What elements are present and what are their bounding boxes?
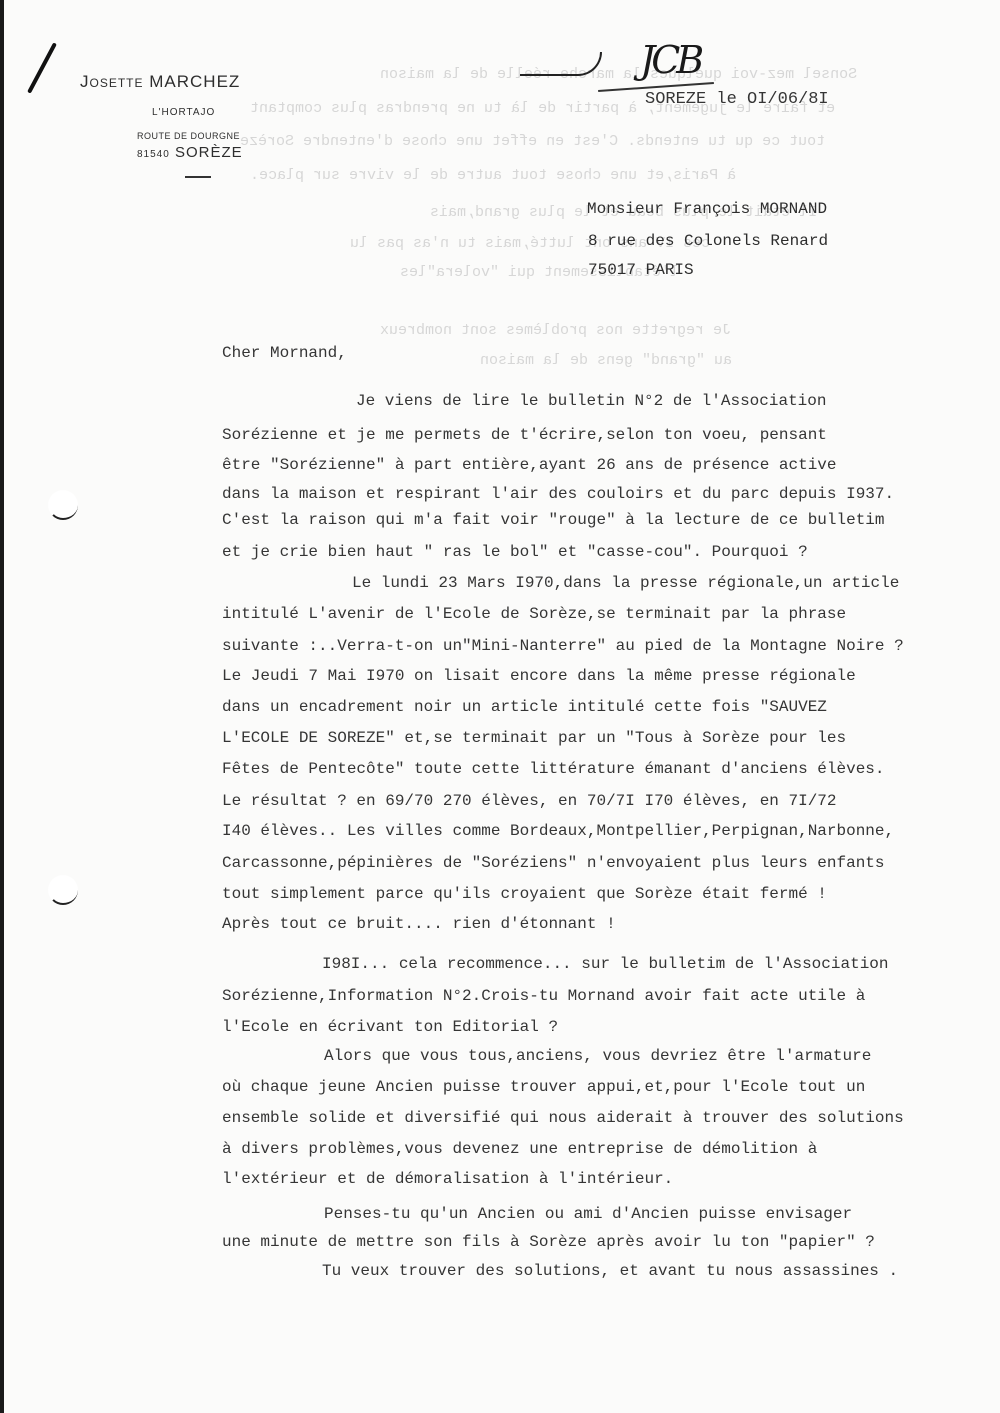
letter-body-line: une minute de mettre son fils à Sorèze a… <box>222 1233 875 1251</box>
letter-body-line: Sorézienne et je me permets de t'écrire,… <box>222 426 827 444</box>
letter-body-line: Tu veux trouver des solutions, et avant … <box>322 1262 898 1280</box>
letter-body-line: tout simplement parce qu'ils croyaient q… <box>222 885 827 903</box>
letter-body-line: I98I... cela recommence... sur le bullet… <box>322 955 889 973</box>
handwritten-arrow-mark <box>520 52 602 76</box>
bleed-through-line: à Paris,et une chose tout autre de le vi… <box>250 167 736 184</box>
punch-hole <box>48 490 78 520</box>
letter-body-line: Je viens de lire le bulletin N°2 de l'As… <box>356 392 826 410</box>
letter-body-line: Le résultat ? en 69/70 270 élèves, en 70… <box>222 792 837 810</box>
letter-body-line: Sorézienne,Information N°2.Crois-tu Morn… <box>222 987 865 1005</box>
bleed-through-line: Je regrette nos problèmes sont nombreux <box>380 322 731 339</box>
letter-body-line: Fêtes de Pentecôte" toute cette littérat… <box>222 760 885 778</box>
sender-first-name: Josette <box>80 72 144 91</box>
letter-body-line: Penses-tu qu'un Ancien ou ami d'Ancien p… <box>324 1205 852 1223</box>
bleed-through-line: tout ce qu tu entends. C'est en effet un… <box>240 133 825 150</box>
letter-body-line: Carcassonne,pépinières de "Soréziens" n'… <box>222 854 885 872</box>
sender-postcode: 81540 <box>137 149 170 160</box>
letter-body-line: dans un encadrement noir un article inti… <box>222 698 827 716</box>
punch-hole <box>48 875 78 905</box>
scan-edge <box>0 0 4 1413</box>
sender-town-name: SORÈZE <box>175 144 243 161</box>
letter-body-line: intitulé L'avenir de l'Ecole de Sorèze,s… <box>222 605 846 623</box>
letter-body-line: et je crie bien haut " ras le bol" et "c… <box>222 543 808 561</box>
letter-body-line: l'extérieur et de démoralisation à l'int… <box>222 1170 673 1188</box>
letter-body-line: L'ECOLE DE SOREZE" et,se terminait par u… <box>222 729 846 747</box>
letter-body-line: être "Sorézienne" à part entière,ayant 2… <box>222 456 837 474</box>
recipient-street: 8 rue des Colonels Renard <box>588 232 828 250</box>
letter-body-line: dans la maison et respirant l'air des co… <box>222 485 894 503</box>
bleed-through-line: au "grand" gens de la maison <box>480 352 732 369</box>
sender-house-name: L'HORTAJO <box>152 107 215 118</box>
letterhead-rule <box>185 176 211 178</box>
recipient-city: 75017 PARIS <box>588 261 694 279</box>
sender-town: 81540 SORÈZE <box>137 144 243 161</box>
letter-body-line: à divers problèmes,vous devenez une entr… <box>222 1140 817 1158</box>
letter-body-line: où chaque jeune Ancien puisse trouver ap… <box>222 1078 865 1096</box>
pen-slash-mark <box>27 42 57 93</box>
recipient-name: Monsieur François MORNAND <box>587 200 827 218</box>
sender-road: ROUTE DE DOURGNE <box>137 131 240 141</box>
handwritten-initials: JCB <box>640 38 700 82</box>
letter-body-line: Le Jeudi 7 Mai I970 on lisait encore dan… <box>222 667 856 685</box>
bleed-through-line: Sonsel mez-voi quelques la marche réelle… <box>380 66 857 83</box>
letter-body-line: suivante :..Verra-t-on un"Mini-Nanterre"… <box>222 637 904 655</box>
greeting: Cher Mornand, <box>222 344 347 362</box>
sender-last-name: MARCHEZ <box>149 72 240 91</box>
sender-name: Josette MARCHEZ <box>80 72 240 92</box>
letter-body-line: ensemble solide et diversifié qui nous a… <box>222 1109 904 1127</box>
letter-body-line: I40 élèves.. Les villes comme Bordeaux,M… <box>222 822 894 840</box>
date-line: SOREZE le OI/06/8I <box>645 90 829 109</box>
letter-body-line: Alors que vous tous,anciens, vous devrie… <box>324 1047 871 1065</box>
letter-body-line: l'Ecole en écrivant ton Editorial ? <box>222 1018 558 1036</box>
letter-body-line: Le lundi 23 Mars I970,dans la presse rég… <box>352 574 899 592</box>
letter-body-line: Après tout ce bruit.... rien d'étonnant … <box>222 915 616 933</box>
letter-body-line: C'est la raison qui m'a fait voir "rouge… <box>222 511 885 529</box>
